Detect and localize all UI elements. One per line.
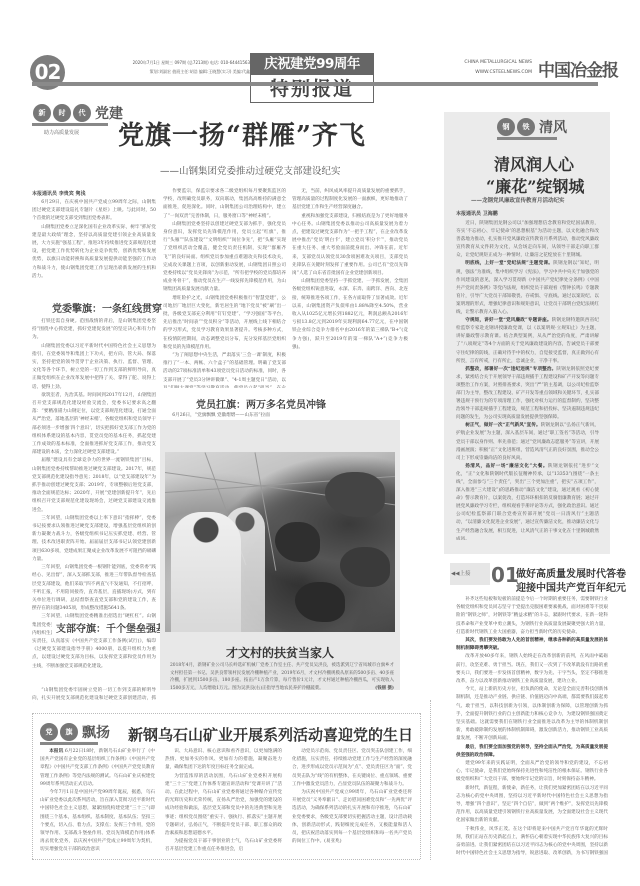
continued-headline-2: 迎接中国共产党百年纪元 xyxy=(516,579,626,594)
paragraph: “山钢集团党委牢固树立党的一切工作到支部的鲜明导向，扎实开展党支部规范化建设和过… xyxy=(32,687,156,703)
continued-headline-1: 做好高质量发展时代答卷 xyxy=(516,565,626,580)
tag-underline xyxy=(497,137,557,140)
section-tag-new-era: 新 时 代 党建 xyxy=(33,103,123,123)
section-heading: 支部夺旗：千个堡垒强基 xyxy=(52,618,170,637)
section-tag-party-flag: 党 旗 飘扬 xyxy=(40,722,110,742)
publication-info: CHINA METALLURGICAL NEWS WWW.CSTEELNEWS.… xyxy=(420,58,532,78)
paragraph: 无，当前，纠风成风率提升高质量发展的重要抓手，管理高质量的过程制度化发展的一面旗… xyxy=(292,188,408,213)
paragraph: 今年7月1日是中国共产党99周年诞辰，据悉，乌石山矿业党委以此次系列活动，旨在深… xyxy=(40,789,155,855)
paragraph: 抓整改，部署好一次“违纪违规”专项整治。陕钢龙钢依照党纪要求，紧密结合关于开展领… xyxy=(456,366,599,423)
tag-circle: 铁 xyxy=(517,118,535,136)
tag-underline xyxy=(32,123,108,126)
continued-body: 补齐这些短板和短板的前提是今后一个时期的重要任务，需要钢铁行业各级党组织和党员同… xyxy=(456,596,608,856)
paragraph: 6月26日，“党旗飘飘 党徽熠熠——山东省”拉面 xyxy=(163,412,286,420)
sidebar-body: 近日，陕钢集团龙钢公司以“加强理想信念教育和党纪国法教育，夯实‘不忘初心、牢记使… xyxy=(456,220,599,540)
paragraph: 山钢集团党委立足深化国有企业改革实际，树牢“抓好党建是最大政绩”理念，坚持以高质… xyxy=(32,224,156,281)
banner-anniversary: 庆祝建党99周年 xyxy=(250,53,374,75)
paragraph: 树正气，做好一次“正气新风”宣传。陕钢龙钢以“弘扬正气新风，护航企业发展”为主题… xyxy=(456,422,599,462)
paragraph: 三年回望，山钢集团党委以上率下意识“指挥棒”，党委书记按要求认领推进过硬党支部建… xyxy=(32,515,156,564)
paragraph: 届粮“建设具有全球竞争力的世界一流钢铁集团”目标，山钢集团党委持续帮助推进过硬党… xyxy=(32,457,156,514)
paragraph: 三年回望，山钢集团党委一根钢针能到底，党委常委“践经心、见出督”，深入支部抓支部… xyxy=(32,564,156,613)
paragraph: 6月29日，在庆祝中国共产党成立99周年之际，山钢集团过硬党支部建设巡礼专题片《… xyxy=(32,199,156,224)
paragraph: 近日，陕钢集团龙钢公司以“加强理想信念教育和党纪国法教育，夯实‘不忘初心、牢记使… xyxy=(456,220,599,260)
photo-title: 才文村的扶贫当家人 xyxy=(160,644,400,661)
main-subheadline: ——山钢集团党委推动过硬党支部建设纪实 xyxy=(160,163,341,177)
masthead-divider xyxy=(32,82,598,86)
section-banner: 庆祝建党99周年 特别报道 xyxy=(250,53,374,103)
sidebar-headline-1: 清风润人心 xyxy=(494,152,574,175)
paragraph: 建党99年来的实践证明，全面从严治党的领导和党的建设，不忘初心，牢记使命，是我们… xyxy=(456,760,608,785)
paragraph: 重视和加强党支部建设，归根结底是为了更好地服务中心任务。山钢集团党委以推动公司高… xyxy=(292,213,408,279)
issue-meta: 2020年7月1日 星期三 097期 (总7213期) 电话: 010-6444… xyxy=(90,58,250,76)
main-column-3: 无，当前，纠风成风率提升高质量发展的重要抓手，管理高质量的过程制度化发展的一面旗… xyxy=(292,188,408,393)
tag-subtitle: 助力高质量发展 xyxy=(44,129,79,136)
continued-from-page[interactable]: 01 xyxy=(491,563,519,587)
paragraph: “为了阐思想中央生活，严肃落实‘三会一课’制度，积极推行了“一本、两帐、六个盒子… xyxy=(163,352,286,388)
sidebar-headline-2: “廉花”绽钢城 xyxy=(486,174,584,197)
paragraph: 新时代，新征程，新使命，新任务，让我们更加紧密团结在以习近平同志为核心的党中央周… xyxy=(456,785,608,826)
main-column-1: 打铁还需自身硬。范围战情的背后，是山钢集团党委坚持“围绕中心抓党建，抓好党建促发… xyxy=(32,318,156,703)
bottom-article-border-bottom xyxy=(32,859,420,860)
column-divider xyxy=(430,700,431,860)
date-line: 2020年7月1日 星期三 097期 (总7213期) 电话: 010-6444… xyxy=(90,58,250,67)
paragraph: 山钢集团党委坚持一手抓党建、一手抓发展，全集团各级党组织锐意进取，永深、东奔、南… xyxy=(292,278,408,352)
greenhouse-photo xyxy=(165,452,395,632)
bottom-column-2: 识、大局意识、核心意识和看齐意识，以更加饱满的热情、更加务实的作风、更加有力的措… xyxy=(165,748,282,856)
paragraph: 山钢集团党委以习近平新时代中国特色社会主义思想为指引，在党委领导和集团上下功夫，… xyxy=(32,343,156,392)
paragraph: 山钢集团党委坚持以创建过硬党支部为抓手，强化党员身份意识，发挥党员先锋模范作用，… xyxy=(163,221,286,295)
paragraph: 为营造浓厚的活动氛围，乌石山矿业党委积开展构建“三十三”党建工作体系专题宣讲活动… xyxy=(165,773,282,839)
tag-circle: 旗 xyxy=(60,723,78,741)
sidebar-byline: 本报通讯员 卫海鹏 xyxy=(456,210,498,217)
bottom-article-border-top xyxy=(32,713,420,714)
section-heading: 党委擎旗：一条红线贯穿 xyxy=(52,300,162,315)
paragraph: 欲筑室者，先治其基。时间回到2017年12月，山钢集团召开党支部规范化建设经验交… xyxy=(32,392,156,458)
bottom-headline: 新钢乌石山矿业开展系列活动喜迎党的生日 xyxy=(128,724,413,745)
paragraph: 补齐这些短板和短板的前提是今后一个时期的重要任务，需要钢铁行业各级党组织和党员同… xyxy=(456,596,608,637)
main-column-2: 作要监宗，保监宗要求各二级党组织每月要聚焦监区的学校，改明确党员职务，双向联动，… xyxy=(163,188,286,388)
tag-word: 飘扬 xyxy=(82,722,110,742)
tag-circle: 时 xyxy=(53,104,71,122)
section-heading: 党员扛旗：两万多名党员冲锋 xyxy=(196,396,326,411)
tag-circle: 钢 xyxy=(497,118,515,136)
tag-circle: 代 xyxy=(73,104,91,122)
newspaper-logo: 中国冶金报 xyxy=(538,56,618,81)
paragraph: 打铁还需自身硬。范围战情的背后，是山钢集团党委坚持“围绕中心抓党建，抓好党建促发… xyxy=(32,318,156,343)
banner-special-report: 特别报道 xyxy=(250,75,374,103)
paragraph: 其次，我们要发扬敢为人先的首创精神，继承各种新的高质量发展的体制机制障碍勇攀突破… xyxy=(456,637,608,653)
paragraph: 识、大局意识、核心意识和看齐意识，以更加饱满的热情、更加务实的作风、更加有力的措… xyxy=(165,748,282,773)
paragraph: 今天，站上新的历史方位，担负新的使命，无论是全面完善科技创新体制机制，还是推动产… xyxy=(456,686,608,743)
tag-underline xyxy=(40,742,98,745)
paragraph: 本报讯 6月22日18时，新钢乌石山矿业举行了《中国共产党国有企业党的基层组织工… xyxy=(40,748,155,789)
paragraph: 作要监宗，保监宗要求各二级党组织每月要聚焦监区的学校，改明确党员职务，双向联动，… xyxy=(163,188,286,221)
bottom-article-border-right xyxy=(420,713,421,859)
section-tag-clean-wind: 钢 铁 清风 xyxy=(497,117,567,137)
main-byline: 本报通讯员 李贵宾 隽浅 xyxy=(32,190,85,197)
continued-from-label[interactable]: ◀◀上接 xyxy=(451,569,470,577)
english-name: CHINA METALLURGICAL NEWS xyxy=(420,58,532,68)
paragraph: 改革开放40多年来，钢铁人始终走在改革创新的前列，在风雨中砥砺前行，攻坚克难、勇… xyxy=(456,653,608,686)
paragraph: 明底线，上好一堂“党纪法规”主题党课。陕钢龙钢以“知纪，明规，强法”为准线，集中… xyxy=(456,260,599,317)
paragraph: 千秋伟业，风华正茂。在这个即将迎来中国共产党百年华诞的光辉时刻，我们正站在历史新… xyxy=(456,826,608,856)
tag-circle: 新 xyxy=(33,104,51,122)
paragraph: 最后，我们要全面加强党的领导，坚持全面从严治党，为高质量发展提供坚强的政治保障。 xyxy=(456,744,608,760)
main-headline: 党旗一扬“群雁”齐飞 xyxy=(118,115,366,152)
photo-credit: (钱丽 摄) xyxy=(375,685,394,693)
bottom-column-1: 本报讯 6月22日18时，新钢乌石山矿业举行了《中国共产党国有企业党的基层组织工… xyxy=(40,748,155,856)
bottom-article-border-left xyxy=(32,713,33,859)
paragraph: 扬清风，品好一场“廉洁文化”大餐。陕钢龙钢依托“进步”文化，“正”文化和陕钢时代… xyxy=(456,463,599,540)
staff-line: 策划:刘淑宏 值班主任:胡浩 编辑:王晓慧(实习) 美编:代鑫 xyxy=(90,67,250,76)
paragraph: 守规矩，讲好一堂“党风廉政”专题讲座。陕钢龙钢特邀陕西省纪检监察专家赴龙钢讲授廉… xyxy=(456,317,599,366)
tag-word: 清风 xyxy=(539,117,567,137)
website-link[interactable]: WWW.CSTEELNEWS.COM xyxy=(420,68,532,78)
paragraph: 为庆祝中国共产党成立99周年，乌石山矿业党委还将开展党员“义务奉献日”、走访慰问… xyxy=(292,789,412,846)
bottom-column-3: 动党员示范岗、党员责任区、党员突击队创建工作，细化措施，压实责任，持续推动党建工… xyxy=(292,748,412,856)
sidebar-subheadline: ——龙钢党风廉政宣传教育月活动纪实 xyxy=(471,196,565,204)
main-intro-column: 6月29日，在庆祝中国共产党成立99周年之际，山钢集团过硬党支部建设巡礼专题片《… xyxy=(32,199,156,297)
paragraph: 动党员示范岗、党员责任区、党员突击队创建工作，细化措施，压实责任，持续推动党建工… xyxy=(292,748,412,789)
tag-circle: 党 xyxy=(40,723,58,741)
paragraph: 为提振党员干部干事创业的士气，乌石山矿业党委将召开基层党建工作重点任务推进会，启 xyxy=(165,838,282,854)
photo-caption: 2018年4月，新钢矿业公司马长岭选矿机械厂党委工作室主任、共产党员吴洪良，被选… xyxy=(170,662,394,692)
paragraph: 增旺险护之光，山钢集团党委积极推行“智慧党建”，公司地层厂地层巨大变化，新宅居生… xyxy=(163,295,286,352)
